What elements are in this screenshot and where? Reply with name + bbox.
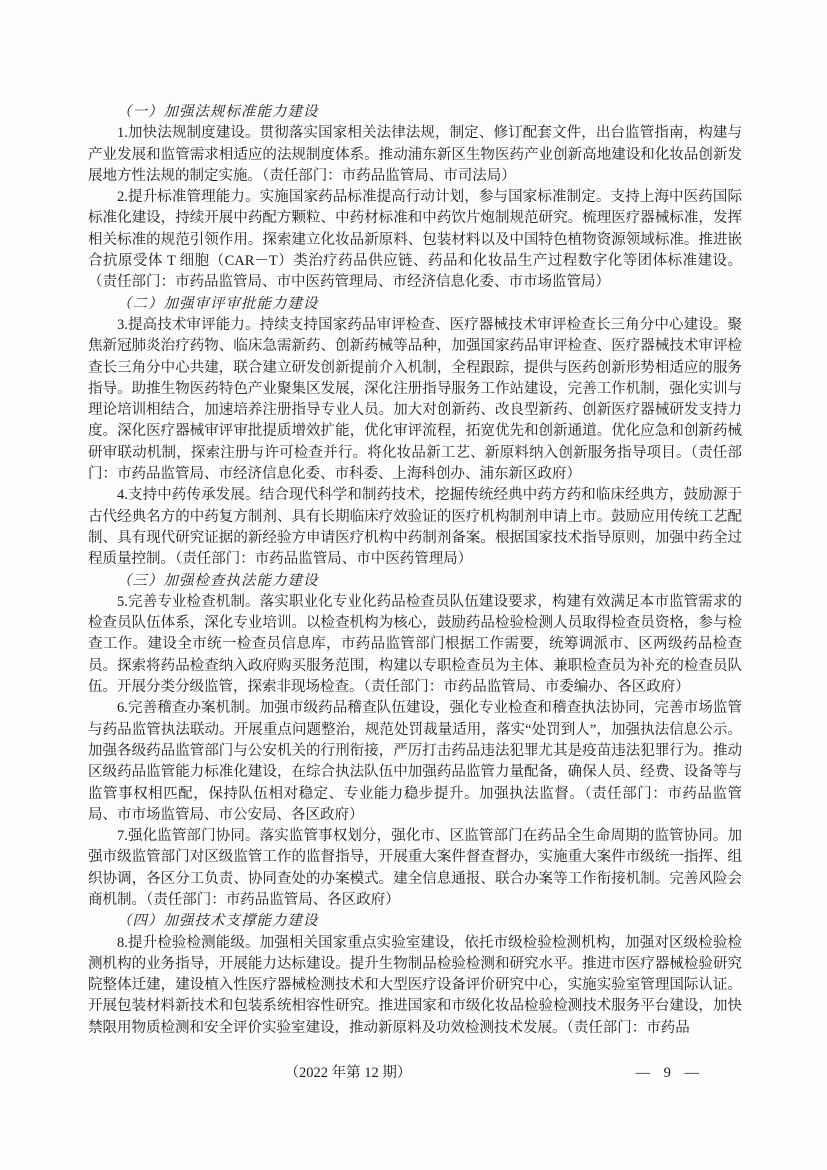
document-body: （一）加强法规标准能力建设 1.加快法规制度建设。贯彻落实国家相关法律法规，制定…	[88, 102, 742, 1039]
paragraph-3: 3.提高技术审评能力。持续支持国家药品审评检查、医疗器械技术审评检查长三角分中心…	[88, 315, 742, 485]
document-page: （一）加强法规标准能力建设 1.加快法规制度建设。贯彻落实国家相关法律法规，制定…	[0, 0, 827, 1170]
section-heading-4: （四）加强技术支撑能力建设	[88, 911, 742, 932]
page-footer: （2022 年第 12 期） — 9 —	[88, 1063, 742, 1085]
page-number: — 9 —	[636, 1063, 705, 1084]
paragraph-5: 5.完善专业检查机制。落实职业化专业化药品检查员队伍建设要求，构建有效满足本市监…	[88, 592, 742, 698]
paragraph-4: 4.支持中药传承发展。结合现代科学和制药技术，挖掘传统经典中药方药和临床经典方，…	[88, 485, 742, 570]
section-heading-3: （三）加强检查执法能力建设	[88, 571, 742, 592]
paragraph-7: 7.强化监管部门协同。落实监管事权划分，强化市、区监管部门在药品全生命周期的监管…	[88, 826, 742, 911]
section-heading-2: （二）加强审评审批能力建设	[88, 294, 742, 315]
paragraph-6: 6.完善稽查办案机制。加强市级药品稽查队伍建设，强化专业检查和稽查执法协同，完善…	[88, 698, 742, 826]
paragraph-2: 2.提升标准管理能力。实施国家药品标准提高行动计划，参与国家标准制定。支持上海中…	[88, 187, 742, 293]
paragraph-8: 8.提升检验检测能级。加强相关国家重点实验室建设，依托市级检验检测机构，加强对区…	[88, 933, 742, 1039]
section-heading-1: （一）加强法规标准能力建设	[88, 102, 742, 123]
paragraph-1: 1.加快法规制度建设。贯彻落实国家相关法律法规，制定、修订配套文件，出台监管指南…	[88, 123, 742, 187]
issue-label: （2022 年第 12 期）	[88, 1063, 608, 1084]
